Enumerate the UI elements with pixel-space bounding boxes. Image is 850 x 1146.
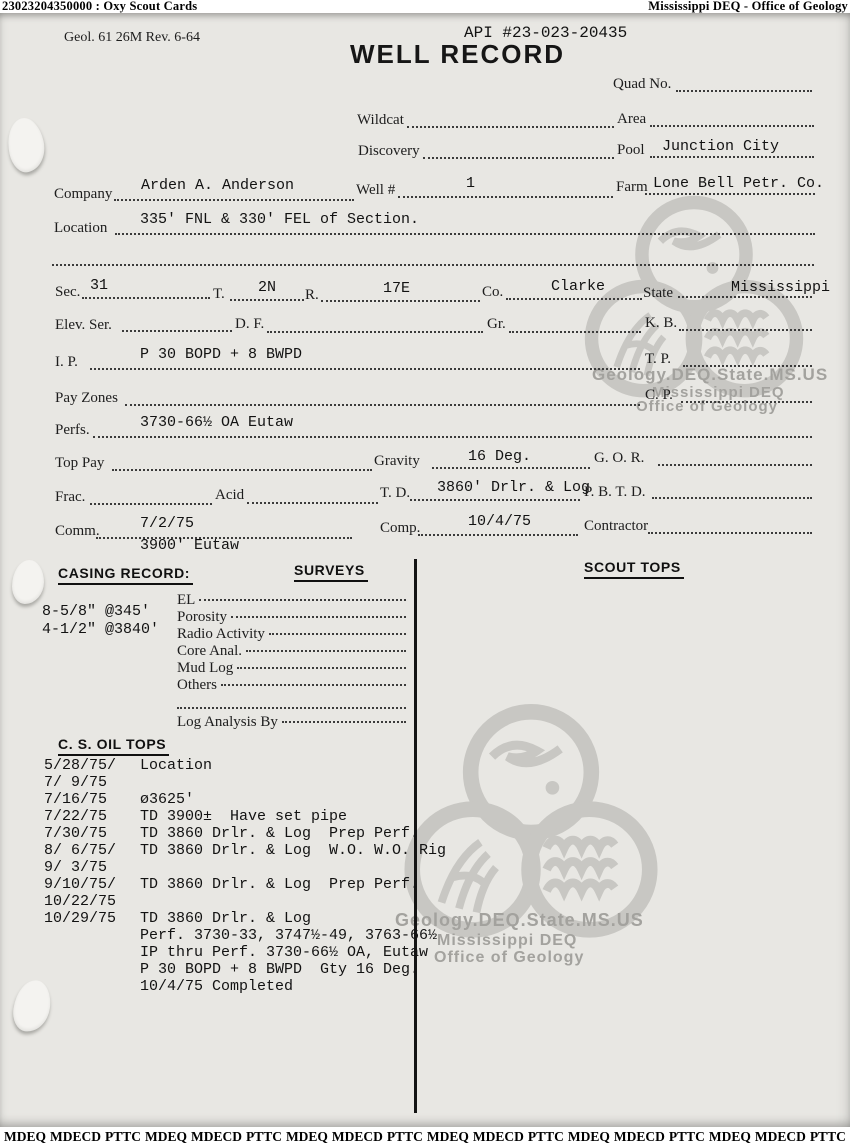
dotted-line	[90, 503, 212, 505]
survey-label: EL	[177, 592, 195, 609]
dotted-line	[683, 365, 812, 367]
bottom-bar-item: PTTC	[246, 1129, 282, 1145]
dotted-line	[648, 532, 812, 534]
oil-top-note: TD 3900± Have set pipe	[140, 809, 347, 826]
dotted-line	[237, 667, 406, 669]
field-label-t: T.	[213, 286, 225, 303]
oil-top-note: ø3625'	[140, 792, 194, 809]
bottom-bar-item: MDECD	[755, 1129, 806, 1145]
field-value-r: 17E	[383, 281, 410, 298]
dotted-line	[114, 199, 354, 201]
field-value-comm: 7/2/75	[140, 516, 194, 533]
field-value-state: Mississippi	[731, 280, 830, 297]
field-value-td: 3860' Drlr. & Log	[437, 480, 590, 497]
dotted-line	[231, 616, 406, 618]
field-value-co: Clarke	[551, 279, 605, 296]
survey-row: Mud Log	[177, 660, 406, 677]
dotted-line	[410, 499, 580, 501]
dotted-line	[93, 436, 812, 438]
dotted-line	[125, 404, 640, 406]
dotted-line	[112, 469, 372, 471]
dotted-line	[398, 196, 613, 198]
field-label-state: State	[643, 285, 673, 302]
scout-tops-heading: SCOUT TOPS	[584, 559, 684, 579]
top-bar-left-title: 23023204350000 : Oxy Scout Cards	[2, 0, 197, 13]
oil-top-date: 10/22/75	[44, 894, 116, 911]
field-label-tp: T. P.	[645, 351, 671, 368]
field-label-top-pay: Top Pay	[55, 455, 104, 472]
field-value-well-no: 1	[466, 176, 475, 193]
bottom-bar-item: MDECD	[332, 1129, 383, 1145]
survey-row: EL	[177, 592, 406, 609]
field-value-t: 2N	[258, 280, 276, 297]
bottom-bar: MDEQ MDECD PTTC MDEQ MDECD PTTC MDEQ MDE…	[0, 1127, 850, 1146]
field-label-td: T. D.	[380, 485, 410, 502]
field-label-well-no: Well #	[356, 182, 395, 199]
oil-top-date: 7/ 9/75	[44, 775, 107, 792]
oil-top-note: Location	[140, 758, 212, 775]
survey-row: Radio Activity	[177, 626, 406, 643]
log-analysis-label: Log Analysis By	[177, 714, 278, 731]
dotted-line	[423, 157, 614, 159]
bottom-bar-item: MDEQ	[4, 1129, 46, 1145]
dotted-line	[681, 401, 812, 403]
scanned-document-viewer: 23023204350000 : Oxy Scout Cards Mississ…	[0, 0, 850, 1146]
field-label-ip: I. P.	[55, 354, 78, 371]
oil-top-date: 8/ 6/75/	[44, 843, 116, 860]
casing-entry: 4-1/2" @3840'	[42, 622, 159, 639]
oil-top-note: TD 3860 Drlr. & Log Prep Perf.	[140, 826, 419, 843]
oil-top-note: TD 3860 Drlr. & Log Prep Perf.	[140, 877, 419, 894]
survey-label: Others	[177, 677, 217, 694]
page-title: WELL RECORD	[350, 41, 565, 67]
log-analysis-row: Log Analysis By	[177, 714, 406, 731]
casing-entry: 8-5/8" @345'	[42, 604, 150, 621]
dotted-line	[509, 331, 641, 333]
field-label-gravity: Gravity	[374, 453, 420, 470]
field-value-ip: P 30 BOPD + 8 BWPD	[140, 347, 302, 364]
form-number: Geol. 61 26M Rev. 6-64	[64, 30, 200, 45]
bottom-bar-item: PTTC	[669, 1129, 705, 1145]
field-value-gravity: 16 Deg.	[468, 449, 531, 466]
oil-top-note: Perf. 3730-33, 3747½-49, 3763-66½	[140, 928, 437, 945]
field-label-area: Area	[617, 111, 646, 128]
dotted-line	[650, 156, 814, 158]
field-label-co: Co.	[482, 284, 503, 301]
field-value-company: Arden A. Anderson	[141, 178, 294, 195]
survey-label: Porosity	[177, 609, 227, 626]
field-value-pool: Junction City	[662, 139, 779, 156]
survey-label: Mud Log	[177, 660, 233, 677]
oil-top-date: 7/30/75	[44, 826, 107, 843]
dotted-line	[230, 299, 304, 301]
bottom-bar-item: MDECD	[614, 1129, 665, 1145]
casing-record-heading: CASING RECORD:	[58, 565, 193, 585]
field-label-perfs: Perfs.	[55, 422, 90, 439]
oil-top-note: 10/4/75 Completed	[140, 979, 293, 996]
dotted-line	[221, 684, 406, 686]
bottom-bar-item: MDEQ	[145, 1129, 187, 1145]
field-label-acid: Acid	[215, 487, 244, 504]
field-label-r: R.	[305, 287, 319, 304]
dotted-line	[321, 300, 480, 302]
dotted-line	[267, 331, 483, 333]
dotted-divider-line	[52, 264, 814, 266]
bottom-bar-item: MDEQ	[286, 1129, 328, 1145]
field-value-comm-line2: 3900' Eutaw	[140, 538, 239, 555]
survey-row: Core Anal.	[177, 643, 406, 660]
field-label-wildcat: Wildcat	[357, 112, 404, 129]
field-value-location: 335' FNL & 330' FEL of Section.	[140, 212, 419, 229]
field-value-comp: 10/4/75	[468, 514, 531, 531]
survey-row: Others	[177, 677, 406, 694]
dotted-line	[678, 296, 812, 298]
dotted-line	[658, 464, 812, 466]
field-label-quad-no: Quad No.	[613, 76, 671, 93]
oil-top-date: 7/22/75	[44, 809, 107, 826]
oil-top-note: P 30 BOPD + 8 BWPD Gty 16 Deg.	[140, 962, 419, 979]
oil-top-note: TD 3860 Drlr. & Log W.O. W.O. Rig	[140, 843, 446, 860]
bottom-bar-item: MDECD	[473, 1129, 524, 1145]
oil-top-date: 7/16/75	[44, 792, 107, 809]
oil-top-date: 10/29/75	[44, 911, 116, 928]
dotted-line	[652, 497, 812, 499]
field-label-discovery: Discovery	[358, 143, 420, 160]
oil-top-note: TD 3860 Drlr. & Log	[140, 911, 311, 928]
bottom-bar-item: MDEQ	[568, 1129, 610, 1145]
bottom-bar-item: PTTC	[105, 1129, 141, 1145]
field-label-comp: Comp.	[380, 520, 420, 537]
field-label-pbtd: P. B. T. D.	[584, 484, 646, 501]
dotted-line	[418, 534, 578, 536]
dotted-line	[199, 599, 406, 601]
oil-top-date: 9/ 3/75	[44, 860, 107, 877]
dotted-line	[282, 721, 406, 723]
field-label-sec: Sec.	[55, 284, 80, 301]
survey-row: Porosity	[177, 609, 406, 626]
dotted-line	[650, 125, 814, 127]
top-bar-right-title: Mississippi DEQ - Office of Geology	[648, 0, 848, 13]
dotted-line	[246, 650, 406, 652]
field-label-gr: Gr.	[487, 316, 506, 333]
field-label-df: D. F.	[235, 316, 264, 333]
dotted-line	[269, 633, 406, 635]
dotted-line	[177, 707, 406, 709]
field-value-farm: Lone Bell Petr. Co.	[653, 176, 824, 193]
field-label-company: Company	[54, 186, 112, 203]
field-label-pay-zones: Pay Zones	[55, 390, 118, 407]
oil-tops-heading: C. S. OIL TOPS	[58, 736, 169, 756]
oil-top-date: 5/28/75/	[44, 758, 116, 775]
field-label-farm: Farm	[616, 179, 648, 196]
dotted-line	[679, 329, 812, 331]
bottom-bar-item: MDECD	[50, 1129, 101, 1145]
dotted-line	[90, 368, 640, 370]
top-bar: 23023204350000 : Oxy Scout Cards Mississ…	[0, 0, 850, 13]
surveys-heading: SURVEYS	[294, 562, 368, 582]
survey-label: Core Anal.	[177, 643, 242, 660]
dotted-line	[247, 502, 378, 504]
dotted-line	[82, 297, 210, 299]
dotted-line	[407, 126, 614, 128]
oil-top-date: 9/10/75/	[44, 877, 116, 894]
oil-top-note: IP thru Perf. 3730-66½ OA, Eutaw	[140, 945, 428, 962]
bottom-bar-item: MDECD	[191, 1129, 242, 1145]
field-label-cp: C. P.	[645, 387, 673, 404]
bottom-bar-item: PTTC	[528, 1129, 564, 1145]
field-label-frac: Frac.	[55, 489, 85, 506]
dotted-line	[122, 330, 232, 332]
field-label-contractor: Contractor	[584, 518, 648, 535]
field-label-comm: Comm.	[55, 523, 100, 540]
survey-label: Radio Activity	[177, 626, 265, 643]
field-label-gor: G. O. R.	[594, 450, 644, 467]
dotted-line	[676, 90, 812, 92]
field-label-pool: Pool	[617, 142, 645, 159]
field-label-elev-ser: Elev. Ser.	[55, 317, 112, 334]
field-label-location: Location	[54, 220, 107, 237]
bottom-bar-item: MDEQ	[427, 1129, 469, 1145]
bottom-bar-item: PTTC	[387, 1129, 423, 1145]
bottom-bar-item: PTTC	[810, 1129, 846, 1145]
dotted-line	[506, 298, 642, 300]
bottom-bar-item: MDEQ	[709, 1129, 751, 1145]
dotted-line	[115, 233, 815, 235]
dotted-line	[645, 193, 815, 195]
well-record-form: Geol. 61 26M Rev. 6-64 API #23-023-20435…	[0, 0, 850, 1146]
dotted-line	[432, 467, 590, 469]
field-value-perfs: 3730-66½ OA Eutaw	[140, 415, 293, 432]
field-value-sec: 31	[90, 278, 108, 295]
field-label-kb: K. B.	[645, 315, 677, 332]
